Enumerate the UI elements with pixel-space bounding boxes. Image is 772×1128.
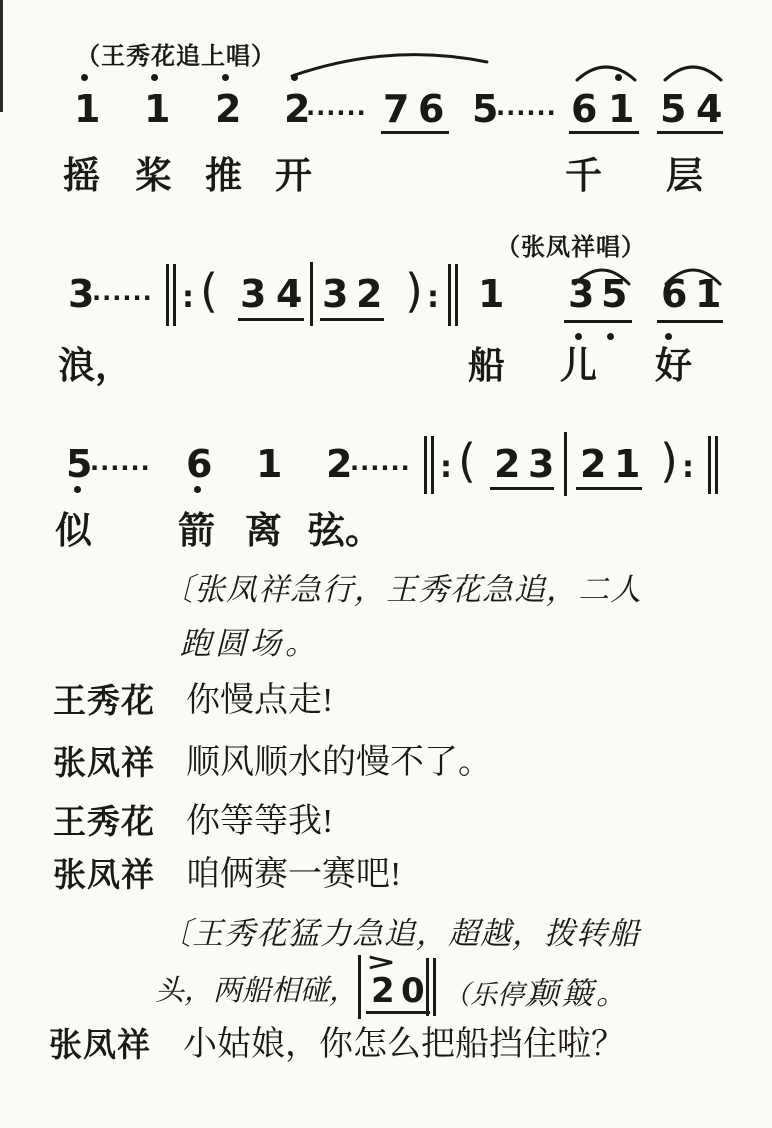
- speaker-name: 张凤祥: [53, 746, 155, 779]
- stage-direction: 〔张凤祥急行，王秀花急追，二人: [162, 574, 642, 605]
- lyric: 层: [666, 158, 703, 195]
- note: 6: [661, 275, 687, 313]
- note: 3: [528, 445, 554, 483]
- octave-dot: [222, 74, 229, 81]
- score-page: （王秀花追上唱） 1 1 2 2 ······ 7 6 5 ······ 6 1…: [0, 0, 772, 1128]
- beam-underline: [381, 131, 449, 134]
- repeat-colon: :: [440, 453, 452, 483]
- repeat-barline: [166, 264, 176, 326]
- beam-underline: [564, 320, 632, 323]
- note: 5: [66, 445, 92, 483]
- note: 1: [256, 445, 282, 483]
- speaker-name: 张凤祥: [49, 1028, 151, 1061]
- close-paren: ): [405, 268, 423, 314]
- note: 2: [215, 90, 241, 128]
- repeat-barline: [708, 436, 718, 494]
- octave-dot: [151, 74, 158, 81]
- note: 1: [695, 275, 721, 313]
- lyric: 摇: [63, 158, 100, 195]
- note: 0: [401, 974, 425, 1008]
- stage-direction: 颠簸。: [528, 978, 630, 1009]
- repeat-barline: [448, 264, 458, 326]
- lyric: 箭: [178, 513, 215, 550]
- dialog-line: 小姑娘，你怎么把船挡住啦？: [183, 1028, 625, 1062]
- note: 2: [356, 275, 382, 313]
- dialog-line: 你慢点走!: [186, 684, 333, 718]
- note: 2: [580, 445, 606, 483]
- speaker-name: 王秀花: [53, 805, 155, 838]
- slur-arc: [292, 55, 487, 76]
- beam-underline: [657, 320, 723, 323]
- octave-dot: [615, 74, 622, 81]
- beam-underline: [238, 318, 304, 321]
- stage-direction: 跑圆场。: [180, 628, 320, 659]
- beam-underline: [366, 1011, 430, 1014]
- repeat-colon: :: [427, 283, 439, 313]
- lyric: 儿: [560, 348, 597, 385]
- open-paren: (: [458, 438, 476, 484]
- lyric: 弦。: [308, 513, 382, 550]
- lyric: 浪，: [58, 348, 132, 385]
- dialog-line: 咱俩赛一赛吧!: [186, 858, 401, 892]
- beam-underline: [657, 131, 723, 134]
- note: 1: [608, 90, 634, 128]
- final-barline: [426, 958, 436, 1016]
- barline: [358, 955, 361, 1019]
- extension-dots: ······: [90, 456, 151, 480]
- note: 3: [240, 275, 266, 313]
- singer-label-2: （张凤祥唱）: [496, 236, 646, 260]
- dialog-line: 顺风顺水的慢不了。: [186, 746, 492, 780]
- note: 5: [660, 90, 686, 128]
- note: 1: [478, 275, 504, 313]
- lyric: 开: [275, 158, 312, 195]
- speaker-name: 张凤祥: [53, 858, 155, 891]
- octave-dot: [291, 74, 298, 81]
- stage-direction: 头，两船相碰，: [155, 977, 358, 1006]
- beam-underline: [576, 487, 642, 490]
- note: 2: [371, 974, 395, 1008]
- note: 4: [276, 275, 302, 313]
- note: 2: [494, 445, 520, 483]
- note: 1: [614, 445, 640, 483]
- repeat-barline: [424, 436, 434, 494]
- extension-dots: ······: [92, 286, 153, 310]
- note: 2: [326, 445, 352, 483]
- note: 3: [322, 275, 348, 313]
- note: 1: [74, 90, 100, 128]
- note: 7: [383, 90, 409, 128]
- barline: [310, 262, 313, 326]
- close-paren: ): [660, 438, 678, 484]
- beam-underline: [490, 487, 554, 490]
- note: 5: [601, 275, 627, 313]
- note: 3: [68, 275, 94, 313]
- note: 6: [571, 90, 597, 128]
- octave-dot-low: [194, 486, 201, 493]
- octave-dot-low: [607, 333, 614, 340]
- dialog-line: 你等等我!: [186, 805, 333, 839]
- page-edge-artifact: [0, 0, 3, 112]
- lyric: 千: [565, 158, 602, 195]
- note: 6: [418, 90, 444, 128]
- beam-underline: [569, 131, 639, 134]
- note: 4: [696, 90, 722, 128]
- tie-arc: [665, 67, 721, 80]
- open-paren: (: [200, 268, 218, 314]
- lyric: 好: [655, 348, 692, 385]
- extension-dots: ······: [496, 101, 557, 125]
- lyric: 离: [245, 513, 282, 550]
- extension-dots: ······: [306, 101, 367, 125]
- repeat-colon: :: [182, 283, 194, 313]
- octave-dot-low: [74, 486, 81, 493]
- lyric: 推: [205, 158, 242, 195]
- speaker-name: 王秀花: [53, 684, 155, 717]
- lyric: 船: [468, 348, 505, 385]
- note: 5: [472, 90, 498, 128]
- extension-dots: ······: [350, 456, 411, 480]
- octave-dot-low: [665, 333, 672, 340]
- repeat-colon: :: [682, 453, 694, 483]
- octave-dot-low: [575, 333, 582, 340]
- lyric: 桨: [135, 158, 172, 195]
- singer-label-1: （王秀花追上唱）: [76, 45, 276, 69]
- lyric: 似: [55, 513, 92, 550]
- note: 3: [568, 275, 594, 313]
- barline: [564, 432, 567, 496]
- note: 1: [144, 90, 170, 128]
- stage-direction: 〔王秀花猛力急追，超越，拨转船: [160, 918, 640, 949]
- tie-arc: [577, 67, 635, 80]
- note: 6: [186, 445, 212, 483]
- beam-underline: [320, 318, 384, 321]
- octave-dot: [81, 74, 88, 81]
